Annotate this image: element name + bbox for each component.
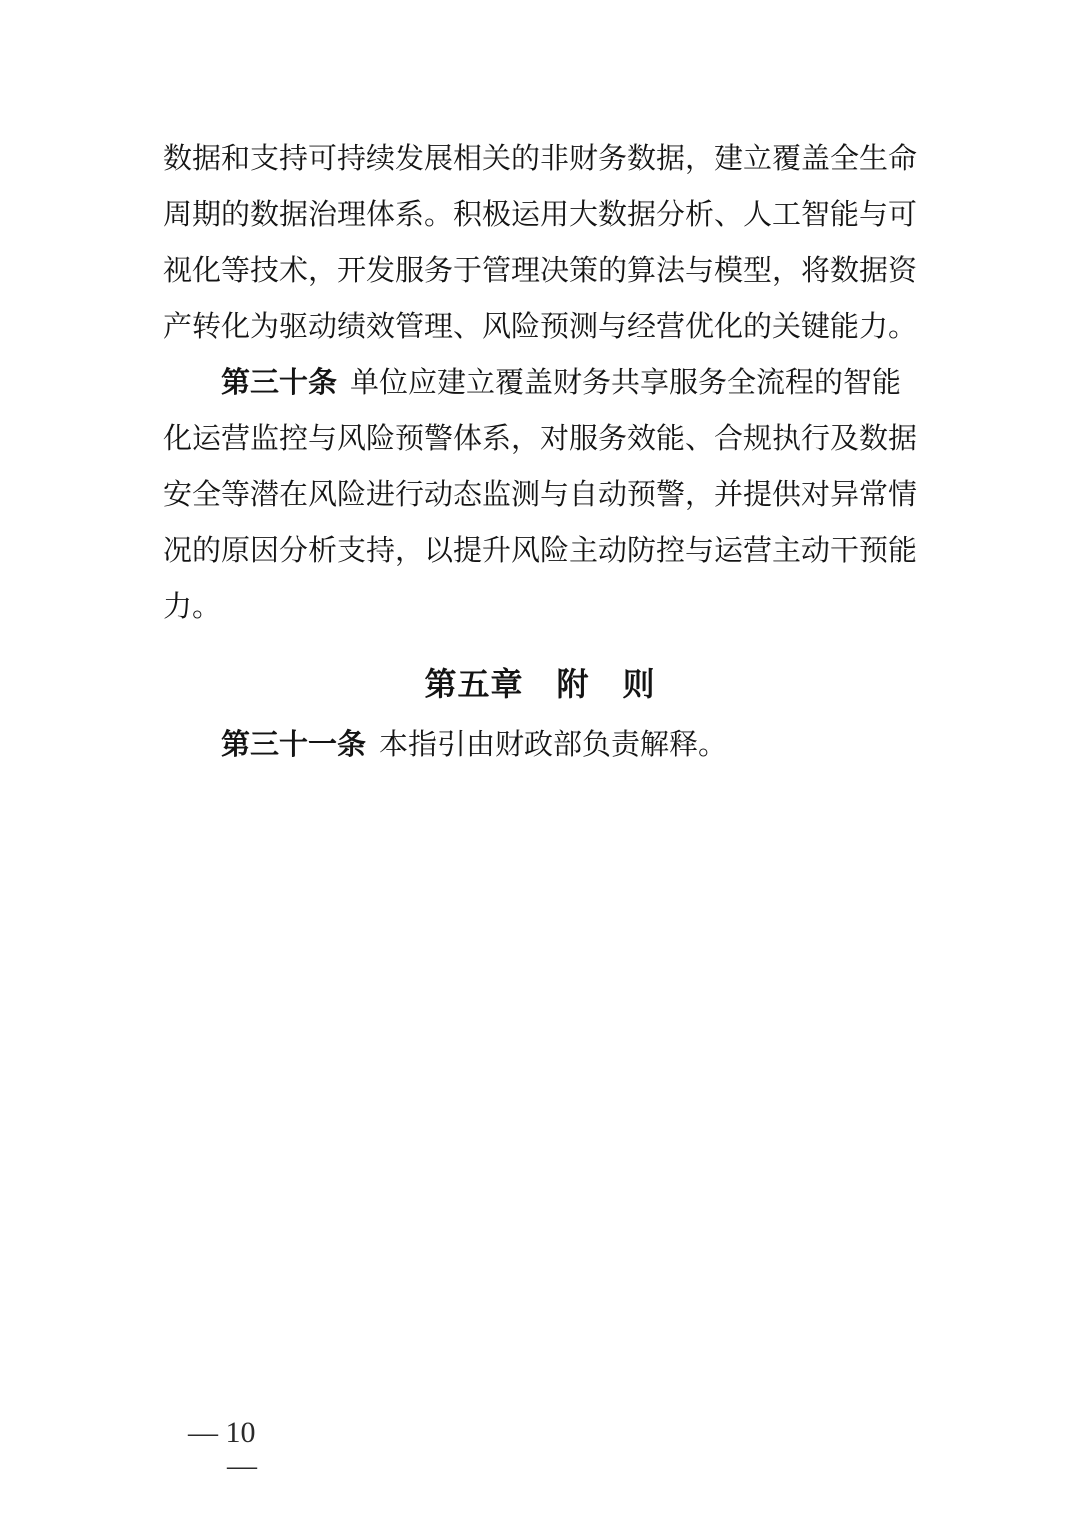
document-page: 数据和支持可持续发展相关的非财务数据，建立覆盖全生命周期的数据治理体系。积极运用… <box>0 0 1080 1527</box>
article-30-number: 第三十条 <box>221 367 337 399</box>
article-30-first-line: 第三十条单位应建立覆盖财务共享服务全流程的智能 <box>163 355 917 411</box>
paragraph-continuation: 数据和支持可持续发展相关的非财务数据，建立覆盖全生命周期的数据治理体系。积极运用… <box>163 131 917 355</box>
text-line: 化运营监控与风险预警体系，对服务效能、合规执行及数据 <box>163 411 917 467</box>
text-column: 数据和支持可持续发展相关的非财务数据，建立覆盖全生命周期的数据治理体系。积极运用… <box>163 131 917 773</box>
text-line: 安全等潜在风险进行动态监测与自动预警，并提供对异常情 <box>163 467 917 523</box>
text-line: 况的原因分析支持，以提升风险主动防控与运营主动干预能 <box>163 523 917 579</box>
text-line: 产转化为驱动绩效管理、风险预测与经营优化的关键能力。 <box>163 299 917 355</box>
article-31-number: 第三十一条 <box>221 729 366 761</box>
text-line: 周期的数据治理体系。积极运用大数据分析、人工智能与可 <box>163 187 917 243</box>
article-31-line: 第三十一条本指引由财政部负责解释。 <box>163 717 917 773</box>
page-number-footer: — 10 — <box>188 1416 257 1482</box>
article-31-text: 本指引由财政部负责解释。 <box>366 729 727 761</box>
chapter-heading: 第五章 附 则 <box>163 656 917 712</box>
text-line: 视化等技术，开发服务于管理决策的算法与模型，将数据资 <box>163 243 917 299</box>
article-30-continuation: 化运营监控与风险预警体系，对服务效能、合规执行及数据安全等潜在风险进行动态监测与… <box>163 411 917 635</box>
page-number-line1: — 10 <box>188 1416 257 1449</box>
page-number-line2: — <box>227 1449 257 1482</box>
article-30-first-line-text: 单位应建立覆盖财务共享服务全流程的智能 <box>337 367 901 399</box>
text-line: 数据和支持可持续发展相关的非财务数据，建立覆盖全生命 <box>163 131 917 187</box>
text-line: 力。 <box>163 579 917 635</box>
